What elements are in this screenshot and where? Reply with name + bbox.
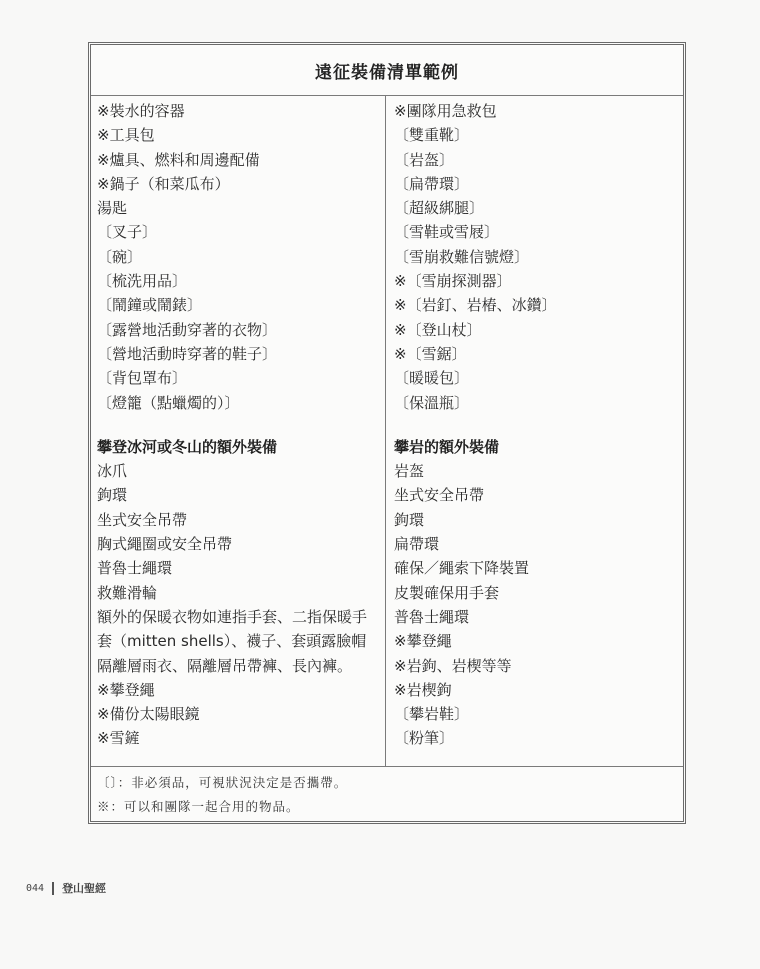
list-item: ※〔岩釘、岩椿、冰鑽〕 — [394, 293, 683, 317]
right-column: ※團隊用急救包 〔雙重靴〕 〔岩盔〕 〔扁帶環〕 〔超級綁腿〕 〔雪鞋或雪屐〕 … — [386, 95, 683, 766]
list-item: ※〔雪鋸〕 — [394, 342, 683, 366]
table-title-row: 遠征裝備清單範例 — [91, 45, 683, 96]
list-item: 鉤環 — [394, 508, 683, 532]
book-title: 登山聖經 — [62, 880, 106, 896]
list-item: ※岩鉤、岩楔等等 — [394, 654, 683, 678]
section-heading-glacier: 攀登冰河或冬山的額外裝備 — [97, 435, 385, 459]
table-title: 遠征裝備清單範例 — [315, 58, 459, 83]
section-heading-rock: 攀岩的額外裝備 — [394, 435, 683, 459]
list-item: 〔碗〕 — [97, 245, 385, 269]
list-item: 普魯士繩環 — [97, 556, 385, 580]
list-item: 〔背包罩布〕 — [97, 366, 385, 390]
list-item: 〔扁帶環〕 — [394, 172, 683, 196]
list-item: ※〔登山杖〕 — [394, 318, 683, 342]
list-item: 〔營地活動時穿著的鞋子〕 — [97, 342, 385, 366]
list-item: 〔燈籠（點蠟燭的）〕 — [97, 391, 385, 415]
footnote-shared: ※：可以和團隊一起合用的物品。 — [97, 795, 683, 819]
footnote-optional: 〔〕：非必須品，可視狀況決定是否攜帶。 — [97, 771, 683, 795]
footer-separator — [52, 882, 54, 895]
list-item: 〔保溫瓶〕 — [394, 391, 683, 415]
list-item: ※岩楔鉤 — [394, 678, 683, 702]
list-item: 〔鬧鐘或鬧錶〕 — [97, 293, 385, 317]
list-item: ※攀登繩 — [394, 629, 683, 653]
list-item: 〔露營地活動穿著的衣物〕 — [97, 318, 385, 342]
list-item: 〔雙重靴〕 — [394, 123, 683, 147]
section-gap — [394, 415, 683, 435]
list-item: ※備份太陽眼鏡 — [97, 702, 385, 726]
list-item: 岩盔 — [394, 459, 683, 483]
section-gap — [97, 415, 385, 435]
list-item: 扁帶環 — [394, 532, 683, 556]
list-item: ※爐具、燃料和周邊配備 — [97, 148, 385, 172]
list-item: 〔岩盔〕 — [394, 148, 683, 172]
list-item: 冰爪 — [97, 459, 385, 483]
list-item: 普魯士繩環 — [394, 605, 683, 629]
legend-footnotes: 〔〕：非必須品，可視狀況決定是否攜帶。 ※：可以和團隊一起合用的物品。 — [91, 766, 683, 821]
page-number: 044 — [26, 883, 44, 894]
list-item: 〔梳洗用品〕 — [97, 269, 385, 293]
list-item: 〔雪崩救難信號燈〕 — [394, 245, 683, 269]
list-item: ※攀登繩 — [97, 678, 385, 702]
list-item: 坐式安全吊帶 — [394, 483, 683, 507]
list-item: 〔叉子〕 — [97, 220, 385, 244]
list-item: ※〔雪崩探測器〕 — [394, 269, 683, 293]
list-item: 胸式繩圈或安全吊帶 — [97, 532, 385, 556]
page-footer: 044 登山聖經 — [26, 880, 106, 896]
book-page: 遠征裝備清單範例 ※裝水的容器 ※工具包 ※爐具、燃料和周邊配備 ※鍋子（和菜瓜… — [0, 0, 760, 969]
list-item: 〔超級綁腿〕 — [394, 196, 683, 220]
list-item: 鉤環 — [97, 483, 385, 507]
list-item: ※工具包 — [97, 123, 385, 147]
list-item: 〔攀岩鞋〕 — [394, 702, 683, 726]
list-item: ※雪鏟 — [97, 726, 385, 750]
list-item: 〔雪鞋或雪屐〕 — [394, 220, 683, 244]
equipment-checklist-table: 遠征裝備清單範例 ※裝水的容器 ※工具包 ※爐具、燃料和周邊配備 ※鍋子（和菜瓜… — [88, 42, 686, 824]
list-item: 坐式安全吊帶 — [97, 508, 385, 532]
list-item: 救難滑輪 — [97, 581, 385, 605]
list-item: 湯匙 — [97, 196, 385, 220]
list-item-extra-clothing: 額外的保暖衣物如連指手套、二指保暖手套（mitten shells）、襪子、套頭… — [97, 605, 379, 678]
list-item: ※團隊用急救包 — [394, 99, 683, 123]
list-item: 〔暖暖包〕 — [394, 366, 683, 390]
left-column: ※裝水的容器 ※工具包 ※爐具、燃料和周邊配備 ※鍋子（和菜瓜布） 湯匙 〔叉子… — [91, 95, 385, 766]
list-item: 確保／繩索下降裝置 — [394, 556, 683, 580]
list-item: ※裝水的容器 — [97, 99, 385, 123]
list-item: ※鍋子（和菜瓜布） — [97, 172, 385, 196]
list-item: 皮製確保用手套 — [394, 581, 683, 605]
list-item: 〔粉筆〕 — [394, 726, 683, 750]
